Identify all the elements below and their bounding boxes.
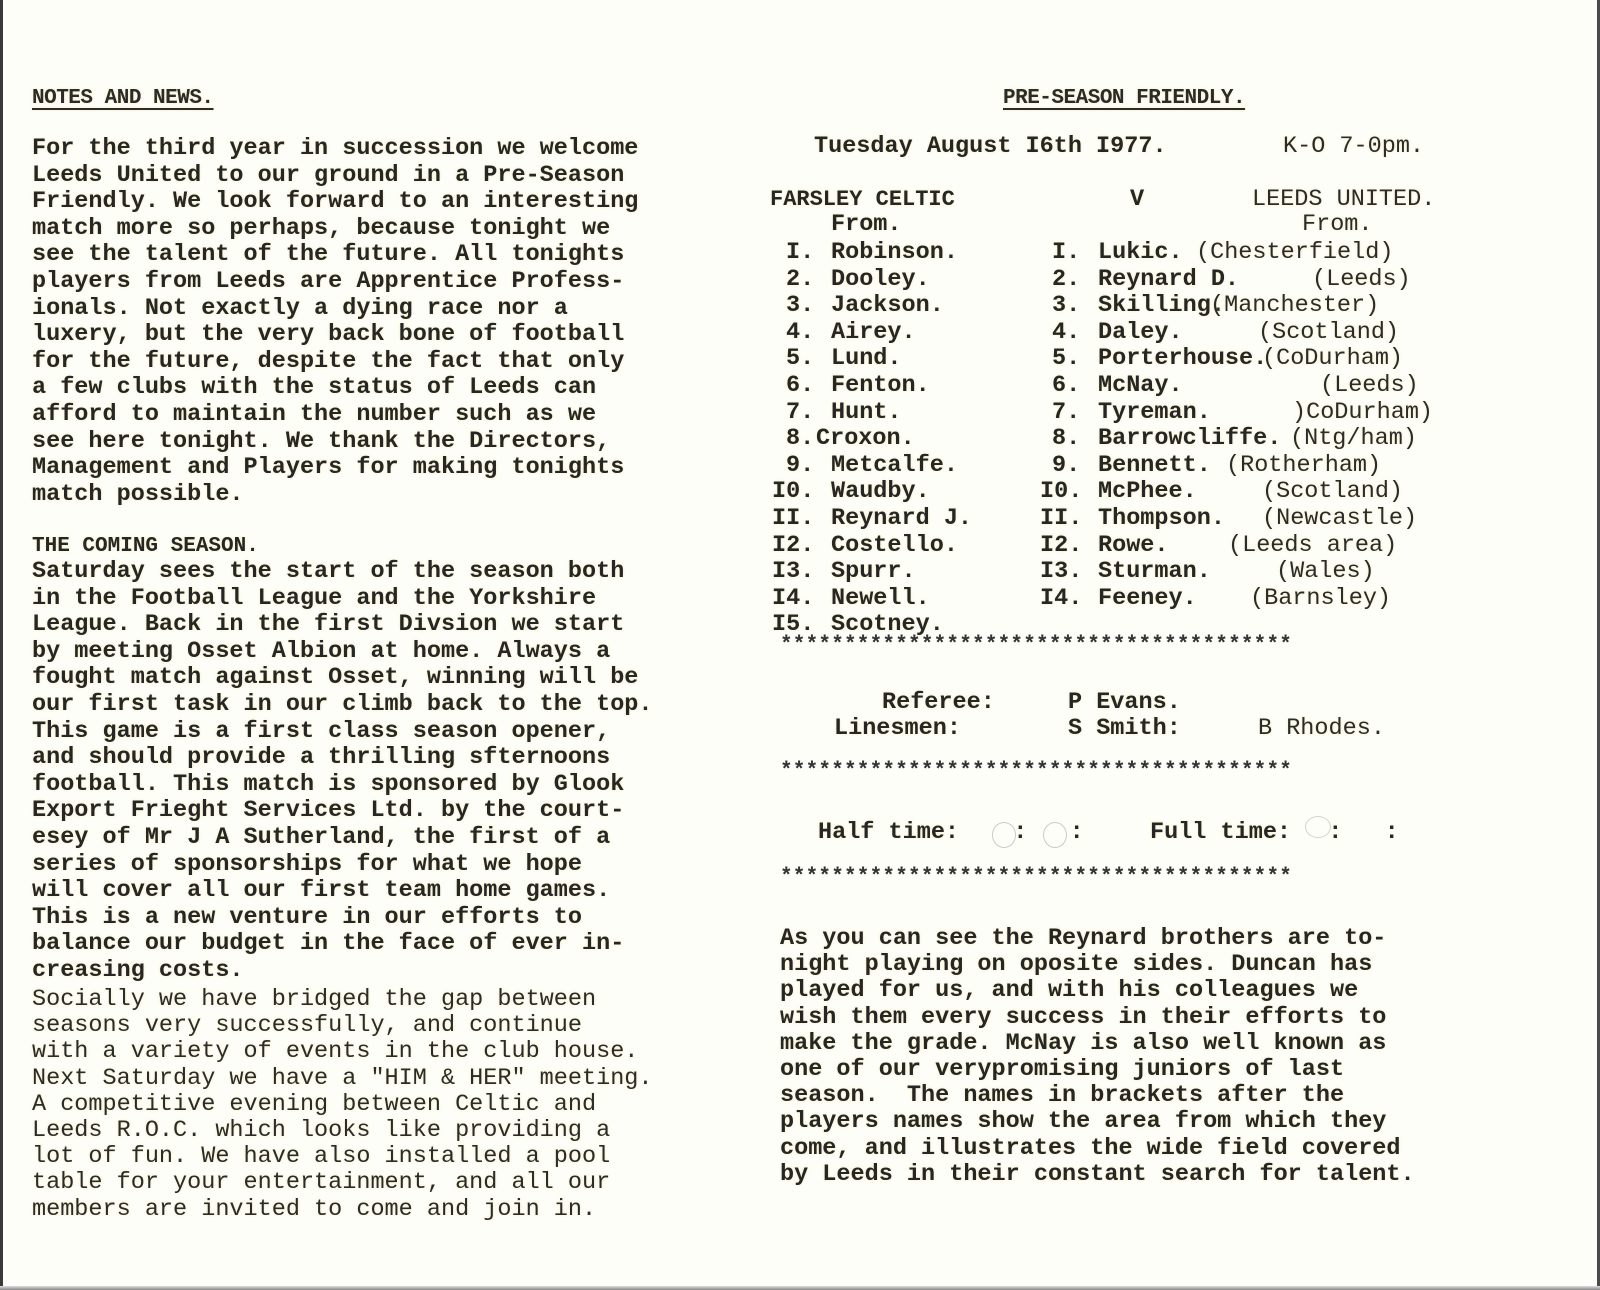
home-player-number: II. [772,506,814,533]
social-line: Socially we have bridged the gap between [32,987,732,1013]
social-line: A competitive evening between Celtic and [32,1092,732,1118]
closing-line: make the grade. McNay is also well known… [780,1031,1480,1057]
away-player-name: Skilling. [1098,293,1225,320]
home-player-name: Dooley. [831,267,930,294]
notes-line: Friendly. We look forward to an interest… [32,189,732,216]
away-player-origin: (Barnsley) [1250,586,1391,613]
home-player-number: I. [786,240,814,267]
closing-line: night playing on oposite sides. Duncan h… [780,952,1480,978]
programme-page: NOTES AND NEWS. For the third year in su… [0,0,1600,1290]
social-line: members are invited to come and join in. [32,1197,732,1223]
away-player-origin: (Wales) [1276,559,1375,586]
notes-line: match more so perhaps, because tonight w… [32,216,732,243]
social-line: table for your entertainment, and all ou… [32,1170,732,1196]
closing-line: come, and illustrates the wide field cov… [780,1136,1480,1162]
home-player-name: Newell. [831,586,930,613]
closing-line: played for us, and with his colleagues w… [780,978,1480,1004]
away-player-name: Rowe. [1098,533,1169,560]
notes-line: luxery, but the very back bone of footba… [32,322,732,349]
season-line: fought match against Osset, winning will… [32,665,732,692]
away-player-name: Daley. [1098,320,1183,347]
notes-line: Management and Players for making tonigh… [32,455,732,482]
pencil-circle-mark [1305,816,1331,838]
away-player-number: 8. [1052,426,1080,453]
away-player-number: I. [1052,240,1080,267]
closing-line: one of our verypromising juniors of last [780,1057,1480,1083]
away-player-name: Bennett. [1098,453,1211,480]
season-line: Export Frieght Services Ltd. by the cour… [32,798,732,825]
match-title: PRE-SEASON FRIENDLY. [1003,86,1245,113]
home-team-name: FARSLEY CELTIC [770,187,955,214]
home-player-name: Spurr. [831,559,916,586]
home-player-name: Reynard J. [831,506,972,533]
notes-line: players from Leeds are Apprentice Profes… [32,269,732,296]
home-player-name: Costello. [831,533,958,560]
home-player-name: Lund. [831,346,902,373]
home-player-number: I0. [772,479,814,506]
home-player-name: Robinson. [831,240,958,267]
season-line: our first task in our climb back to the … [32,692,732,719]
notes-line: For the third year in succession we welc… [32,136,732,163]
away-player-number: 7. [1052,400,1080,427]
home-player-name: Croxon. [816,426,915,453]
season-line: in the Football League and the Yorkshire [32,586,732,613]
notes-line: see the talent of the future. All tonigh… [32,242,732,269]
notes-line: match possible. [32,482,732,509]
match-date: Tuesday August I6th I977. [814,134,1167,161]
away-player-name: Sturman. [1098,559,1211,586]
linesman-2: B Rhodes. [1258,716,1385,743]
separator-3: **************************************** [780,866,1292,889]
notes-line: afford to maintain the number such as we [32,402,732,429]
away-team-name: LEEDS UNITED. [1252,187,1435,214]
social-line: Next Saturday we have a "HIM & HER" meet… [32,1066,732,1092]
closing-line: by Leeds in their constant search for ta… [780,1162,1480,1188]
season-line: creasing costs. [32,958,732,985]
away-player-name: Tyreman. [1098,400,1211,427]
away-player-origin: (Scotland) [1258,320,1399,347]
away-from-label: From. [1302,212,1373,239]
away-player-number: 5. [1052,346,1080,373]
away-player-name: McPhee. [1098,479,1197,506]
away-player-name: Feeney. [1098,586,1197,613]
away-player-origin: (Leeds) [1320,373,1419,400]
away-player-name: McNay. [1098,373,1183,400]
away-player-origin: (CoDurham) [1262,346,1403,373]
away-player-number: 9. [1052,453,1080,480]
page-edge-bottom [0,1286,1600,1290]
social-line: with a variety of events in the club hou… [32,1039,732,1065]
away-player-number: 6. [1052,373,1080,400]
home-player-number: I4. [772,586,814,613]
home-player-number: 8. [786,426,814,453]
page-edge-left [0,0,3,1290]
home-player-number: I2. [772,533,814,560]
kickoff-time: K-O 7-0pm. [1283,134,1424,161]
season-heading: THE COMING SEASON. [32,534,259,561]
home-from-label: From. [831,212,902,239]
away-player-origin: (Ntg/ham) [1290,426,1417,453]
season-line: This game is a first class season opener… [32,719,732,746]
referee-name: P Evans. [1068,690,1181,717]
away-player-origin: (Rotherham) [1226,453,1381,480]
closing-line: season. The names in brackets after the [780,1083,1480,1109]
home-player-name: Metcalfe. [831,453,958,480]
away-player-number: 2. [1052,267,1080,294]
season-body: Saturday sees the start of the season bo… [32,559,732,985]
home-player-name: Airey. [831,320,916,347]
referee-label: Referee: [882,690,995,717]
home-player-number: 5. [786,346,814,373]
separator-2: **************************************** [780,760,1292,783]
away-player-number: II. [1040,506,1082,533]
closing-line: players names show the area from which t… [780,1109,1480,1135]
home-player-name: Jackson. [831,293,944,320]
closing-line: As you can see the Reynard brothers are … [780,926,1480,952]
away-player-origin: (Newcastle) [1262,506,1417,533]
away-player-number: I4. [1040,586,1082,613]
notes-line: ionals. Not exactly a dying race nor a [32,296,732,323]
away-player-name: Barrowcliffe. [1098,426,1281,453]
pencil-circle-mark [992,822,1016,848]
away-player-number: I2. [1040,533,1082,560]
closing-line: wish them every success in their efforts… [780,1005,1480,1031]
season-line: League. Back in the first Divsion we sta… [32,612,732,639]
full-time-label: Full time: [1150,820,1291,847]
away-player-origin: (Leeds area) [1228,533,1397,560]
half-time-label: Half time: [818,820,959,847]
home-player-number: 2. [786,267,814,294]
notes-line: Leeds United to our ground in a Pre-Seas… [32,163,732,190]
social-line: seasons very successfully, and continue [32,1013,732,1039]
social-line: Leeds R.O.C. which looks like providing … [32,1118,732,1144]
away-player-number: I3. [1040,559,1082,586]
away-player-name: Porterhouse. [1098,346,1267,373]
notes-line: see here tonight. We thank the Directors… [32,429,732,456]
season-line: will cover all our first team home games… [32,878,732,905]
notes-line: for the future, despite the fact that on… [32,349,732,376]
home-player-number: 3. [786,293,814,320]
notes-line: a few clubs with the status of Leeds can [32,375,732,402]
home-player-number: I3. [772,559,814,586]
away-player-origin: (Chesterfield) [1196,240,1393,267]
home-player-number: 6. [786,373,814,400]
season-line: by meeting Osset Albion at home. Always … [32,639,732,666]
home-player-name: Fenton. [831,373,930,400]
away-player-name: Reynard D. [1098,267,1239,294]
social-body: Socially we have bridged the gap between… [32,987,732,1223]
notes-body: For the third year in succession we welc… [32,136,732,508]
home-player-number: 4. [786,320,814,347]
season-line: football. This match is sponsored by Glo… [32,772,732,799]
linesman-1: S Smith: [1068,716,1181,743]
pencil-circle-mark [1043,822,1067,848]
home-player-number: 7. [786,400,814,427]
closing-paragraph: As you can see the Reynard brothers are … [780,926,1480,1188]
notes-heading: NOTES AND NEWS. [32,86,214,113]
season-line: series of sponsorships for what we hope [32,852,732,879]
away-player-name: Lukic. [1098,240,1183,267]
away-player-origin: (Manchester) [1210,293,1379,320]
away-player-origin: )CoDurham) [1292,400,1433,427]
season-line: Saturday sees the start of the season bo… [32,559,732,586]
away-player-name: Thompson. [1098,506,1225,533]
home-player-name: Waudby. [831,479,930,506]
away-player-number: 3. [1052,293,1080,320]
season-line: This is a new venture in our efforts to [32,905,732,932]
away-player-origin: (Scotland) [1262,479,1403,506]
season-line: esey of Mr J A Sutherland, the first of … [32,825,732,852]
home-player-name: Hunt. [831,400,902,427]
away-player-number: 4. [1052,320,1080,347]
season-line: balance our budget in the face of ever i… [32,931,732,958]
away-player-number: I0. [1040,479,1082,506]
linesmen-label: Linesmen: [834,716,961,743]
season-line: and should provide a thrilling sfternoon… [32,745,732,772]
separator-1: **************************************** [780,634,1292,657]
social-line: lot of fun. We have also installed a poo… [32,1144,732,1170]
away-player-origin: (Leeds) [1312,267,1411,294]
versus-label: V [1130,187,1144,214]
home-player-number: 9. [786,453,814,480]
